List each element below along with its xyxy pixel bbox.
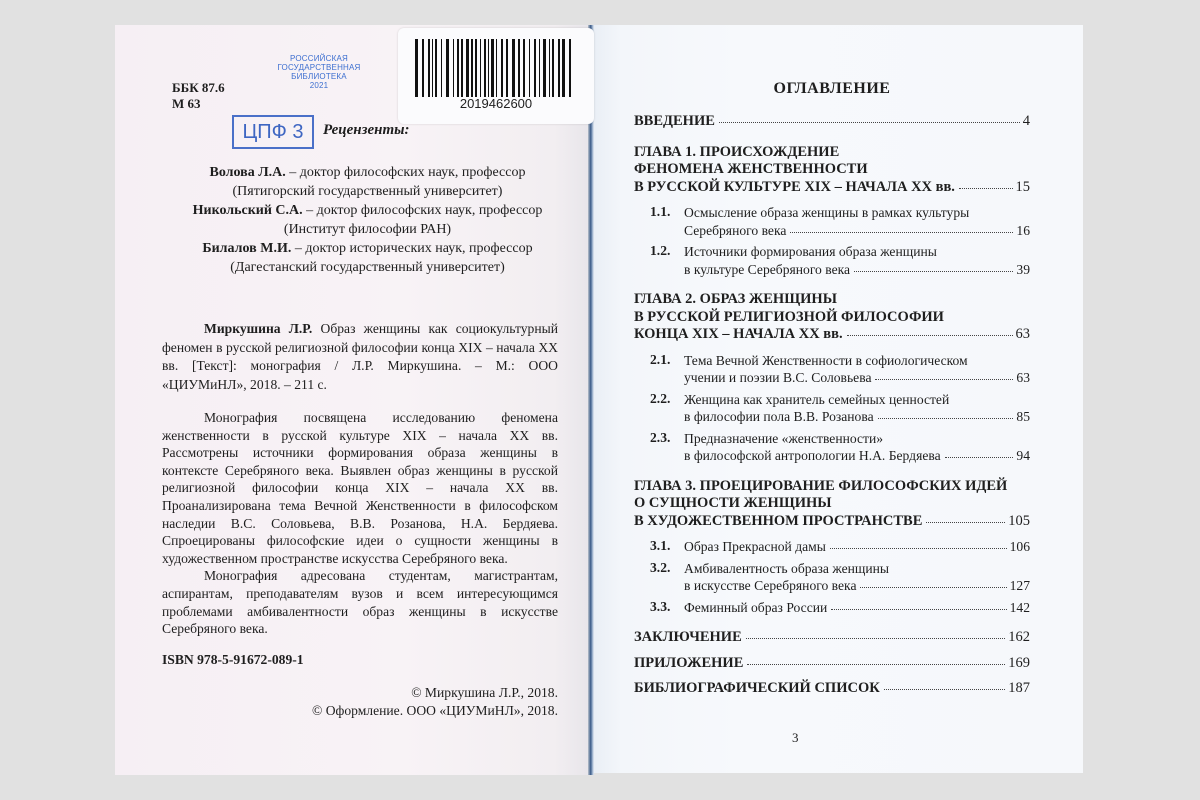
copyright-design: © Оформление. ООО «ЦИУМиНЛ», 2018.: [280, 702, 558, 720]
toc-page-number: 63: [1016, 369, 1030, 387]
toc-section: 1.2.Источники формирования образа женщин…: [634, 243, 1030, 278]
dot-leader: [959, 187, 1013, 189]
copyright-author: © Миркушина Л.Р., 2018.: [280, 684, 558, 702]
toc-entry-line: БИБЛИОГРАФИЧЕСКИЙ СПИСОК187: [634, 680, 1030, 698]
toc-spacer: [634, 616, 1030, 629]
toc-entry-text: ГЛАВА 3. ПРОЕЦИРОВАНИЕ ФИЛОСОФСКИХ ИДЕЙ: [634, 478, 1030, 496]
toc-page-number: 15: [1016, 179, 1031, 197]
toc-section-number: 3.1.: [650, 538, 670, 554]
toc-entry-text: Феминный образ России: [684, 599, 827, 617]
toc-entry-text: ВВЕДЕНИЕ: [634, 113, 715, 131]
toc-entry-text: учении и поэзии В.С. Соловьева: [684, 369, 871, 387]
toc-page-number: 169: [1008, 655, 1030, 673]
toc-entry-text: В ХУДОЖЕСТВЕННОМ ПРОСТРАНСТВЕ: [634, 513, 922, 531]
toc-entry-line: Феминный образ России142: [684, 599, 1030, 617]
toc-section: 1.1.Осмысление образа женщины в рамках к…: [634, 204, 1030, 239]
toc-chapter: ЗАКЛЮЧЕНИЕ162: [634, 629, 1030, 647]
toc-page-number: 85: [1016, 408, 1030, 426]
toc-section-number: 1.2.: [650, 243, 670, 259]
toc-section: 2.2.Женщина как хранитель семейных ценно…: [634, 391, 1030, 426]
dot-leader: [747, 663, 1005, 665]
dot-leader: [746, 637, 1005, 639]
book-spine: [588, 25, 594, 775]
record-author: Миркушина Л.Р.: [204, 321, 312, 336]
toc-page-number: 105: [1008, 513, 1030, 531]
toc-entry-line: в культуре Серебряного века39: [684, 261, 1030, 279]
toc-entry-text: ПРИЛОЖЕНИЕ: [634, 655, 743, 673]
toc-chapter: ВВЕДЕНИЕ4: [634, 113, 1030, 131]
toc-page-number: 63: [1016, 326, 1031, 344]
library-stamp-line: БИБЛИОТЕКА: [263, 72, 375, 81]
dot-leader: [847, 334, 1013, 336]
toc-section: 3.1.Образ Прекрасной дамы106: [634, 538, 1030, 556]
toc-entry-text: Образ Прекрасной дамы: [684, 538, 826, 556]
toc-entry-line: ПРИЛОЖЕНИЕ169: [634, 655, 1030, 673]
abstract: Монография посвящена исследованию феноме…: [162, 409, 558, 638]
toc-chapter: ГЛАВА 2. ОБРАЗ ЖЕНЩИНЫВ РУССКОЙ РЕЛИГИОЗ…: [634, 291, 1030, 344]
abstract-paragraph: Монография адресована студентам, магистр…: [162, 567, 558, 637]
author-mark: М 63: [172, 96, 225, 112]
toc-entry-text: Источники формирования образа женщины: [684, 243, 1030, 261]
toc-entry-text: БИБЛИОГРАФИЧЕСКИЙ СПИСОК: [634, 680, 880, 698]
reviewer: Волова Л.А. – доктор философских наук, п…: [140, 163, 595, 182]
barcode-sticker: 2019462600: [398, 28, 594, 124]
reviewer-degree: – доктор исторических наук, профессор: [291, 241, 532, 256]
toc-section: 2.3.Предназначение «женственности»в фило…: [634, 430, 1030, 465]
isbn: ISBN 978-5-91672-089-1: [162, 652, 304, 668]
reviewer-degree: – доктор философских наук, профессор: [303, 203, 543, 218]
toc-entry-text: О СУЩНОСТИ ЖЕНЩИНЫ: [634, 495, 1030, 513]
dot-leader: [860, 586, 1006, 588]
dot-leader: [875, 378, 1013, 380]
toc-title: ОГЛАВЛЕНИЕ: [634, 80, 1030, 98]
toc-chapter: ПРИЛОЖЕНИЕ169: [634, 655, 1030, 673]
toc-chapter: ГЛАВА 1. ПРОИСХОЖДЕНИЕФЕНОМЕНА ЖЕНСТВЕНН…: [634, 144, 1030, 197]
toc-page-number: 187: [1008, 680, 1030, 698]
toc-spacer: [634, 647, 1030, 655]
table-of-contents: ВВЕДЕНИЕ4ГЛАВА 1. ПРОИСХОЖДЕНИЕФЕНОМЕНА …: [634, 113, 1030, 698]
toc-entry-line: в искусстве Серебряного века127: [684, 577, 1030, 595]
toc-section-number: 2.3.: [650, 430, 670, 446]
toc-page-number: 142: [1010, 599, 1030, 617]
toc-section-number: 3.2.: [650, 560, 670, 576]
toc-entry-line: учении и поэзии В.С. Соловьева63: [684, 369, 1030, 387]
dot-leader: [790, 231, 1013, 233]
dot-leader: [926, 521, 1005, 523]
toc-section: 2.1.Тема Вечной Женственности в софиолог…: [634, 352, 1030, 387]
toc-entry-text: КОНЦА XIX – НАЧАЛА XX вв.: [634, 326, 843, 344]
toc-entry-text: Амбивалентность образа женщины: [684, 560, 1030, 578]
bibliographic-record: Миркушина Л.Р. Образ женщины как социоку…: [162, 320, 558, 394]
toc-entry-text: в философской антропологии Н.А. Бердяева: [684, 447, 941, 465]
toc-page-number: 39: [1016, 261, 1030, 279]
toc-entry-line: в философии пола В.В. Розанова85: [684, 408, 1030, 426]
copyright: © Миркушина Л.Р., 2018. © Оформление. ОО…: [280, 684, 558, 720]
toc-entry-text: ФЕНОМЕНА ЖЕНСТВЕННОСТИ: [634, 161, 1030, 179]
toc-section-number: 1.1.: [650, 204, 670, 220]
toc-entry-line: В ХУДОЖЕСТВЕННОМ ПРОСТРАНСТВЕ105: [634, 513, 1030, 531]
toc-section-number: 2.1.: [650, 352, 670, 368]
dot-leader: [854, 270, 1013, 272]
dot-leader: [945, 456, 1014, 458]
toc-spacer: [634, 672, 1030, 680]
abstract-paragraph: Монография посвящена исследованию феноме…: [162, 409, 558, 567]
reviewer-org: (Дагестанский государственный университе…: [140, 258, 595, 277]
toc-entry-text: в культуре Серебряного века: [684, 261, 850, 279]
toc-page-number: 94: [1016, 447, 1030, 465]
toc-spacer: [634, 465, 1030, 478]
toc-page-number: 16: [1016, 222, 1030, 240]
toc-entry-line: в философской антропологии Н.А. Бердяева…: [684, 447, 1030, 465]
toc-entry-line: Серебряного века16: [684, 222, 1030, 240]
toc-entry-text: Предназначение «женственности»: [684, 430, 1030, 448]
dot-leader: [719, 121, 1020, 123]
dot-leader: [878, 417, 1014, 419]
dot-leader: [831, 608, 1006, 610]
toc-entry-text: В РУССКОЙ РЕЛИГИОЗНОЙ ФИЛОСОФИИ: [634, 309, 1030, 327]
toc-section-number: 3.3.: [650, 599, 670, 615]
reviewer-org: (Институт философии РАН): [140, 220, 595, 239]
toc-page-number: 106: [1010, 538, 1030, 556]
reviewer-name: Волова Л.А.: [210, 165, 286, 180]
library-stamp-year: 2021: [263, 81, 375, 90]
toc-section: 3.3.Феминный образ России142: [634, 599, 1030, 617]
toc-page-number: 162: [1008, 629, 1030, 647]
cpf-stamp: ЦПФ 3: [232, 115, 314, 149]
toc-entry-line: ЗАКЛЮЧЕНИЕ162: [634, 629, 1030, 647]
toc-entry-text: В РУССКОЙ КУЛЬТУРЕ XIX – НАЧАЛА XX вв.: [634, 179, 955, 197]
reviewer: Билалов М.И. – доктор исторических наук,…: [140, 239, 595, 258]
reviewer-name: Никольский С.А.: [193, 203, 303, 218]
classification-codes: ББК 87.6 М 63: [172, 80, 225, 112]
bbk-code: ББК 87.6: [172, 80, 225, 96]
toc-spacer: [634, 196, 1030, 204]
toc-entry-line: КОНЦА XIX – НАЧАЛА XX вв.63: [634, 326, 1030, 344]
toc-entry-line: Образ Прекрасной дамы106: [684, 538, 1030, 556]
reviewer-org: (Пятигорский государственный университет…: [140, 182, 595, 201]
barcode-icon: [413, 39, 579, 97]
toc-entry-text: в философии пола В.В. Розанова: [684, 408, 874, 426]
toc-section: 3.2.Амбивалентность образа женщиныв иску…: [634, 560, 1030, 595]
toc-chapter: ГЛАВА 3. ПРОЕЦИРОВАНИЕ ФИЛОСОФСКИХ ИДЕЙО…: [634, 478, 1030, 531]
toc-spacer: [634, 530, 1030, 538]
reviewers-title: Рецензенты:: [323, 122, 410, 139]
reviewers-list: Волова Л.А. – доктор философских наук, п…: [140, 163, 595, 277]
library-stamp-line: РОССИЙСКАЯ: [263, 54, 375, 63]
toc-entry-text: Тема Вечной Женственности в софиологичес…: [684, 352, 1030, 370]
page-number: 3: [792, 730, 799, 746]
reviewer: Никольский С.А. – доктор философских нау…: [140, 201, 595, 220]
toc-entry-text: в искусстве Серебряного века: [684, 577, 856, 595]
toc-entry-text: ЗАКЛЮЧЕНИЕ: [634, 629, 742, 647]
library-stamp: РОССИЙСКАЯ ГОСУДАРСТВЕННАЯ БИБЛИОТЕКА 20…: [263, 54, 375, 90]
dot-leader: [830, 547, 1007, 549]
reviewer-name: Билалов М.И.: [202, 241, 291, 256]
library-stamp-line: ГОСУДАРСТВЕННАЯ: [263, 63, 375, 72]
toc-page-number: 127: [1010, 577, 1030, 595]
toc-section-number: 2.2.: [650, 391, 670, 407]
toc-entry-text: Женщина как хранитель семейных ценностей: [684, 391, 1030, 409]
toc-entry-text: ГЛАВА 1. ПРОИСХОЖДЕНИЕ: [634, 144, 1030, 162]
toc-entry-text: ГЛАВА 2. ОБРАЗ ЖЕНЩИНЫ: [634, 291, 1030, 309]
dot-leader: [884, 688, 1006, 690]
toc-spacer: [634, 344, 1030, 352]
toc-spacer: [634, 278, 1030, 291]
barcode-number: 2019462600: [398, 96, 594, 111]
toc-entry-line: ВВЕДЕНИЕ4: [634, 113, 1030, 131]
reviewer-degree: – доктор философских наук, профессор: [286, 165, 526, 180]
toc-entry-line: В РУССКОЙ КУЛЬТУРЕ XIX – НАЧАЛА XX вв.15: [634, 179, 1030, 197]
toc-chapter: БИБЛИОГРАФИЧЕСКИЙ СПИСОК187: [634, 680, 1030, 698]
toc-entry-text: Осмысление образа женщины в рамках культ…: [684, 204, 1030, 222]
toc-entry-text: Серебряного века: [684, 222, 786, 240]
toc-spacer: [634, 131, 1030, 144]
toc-page-number: 4: [1023, 113, 1030, 131]
